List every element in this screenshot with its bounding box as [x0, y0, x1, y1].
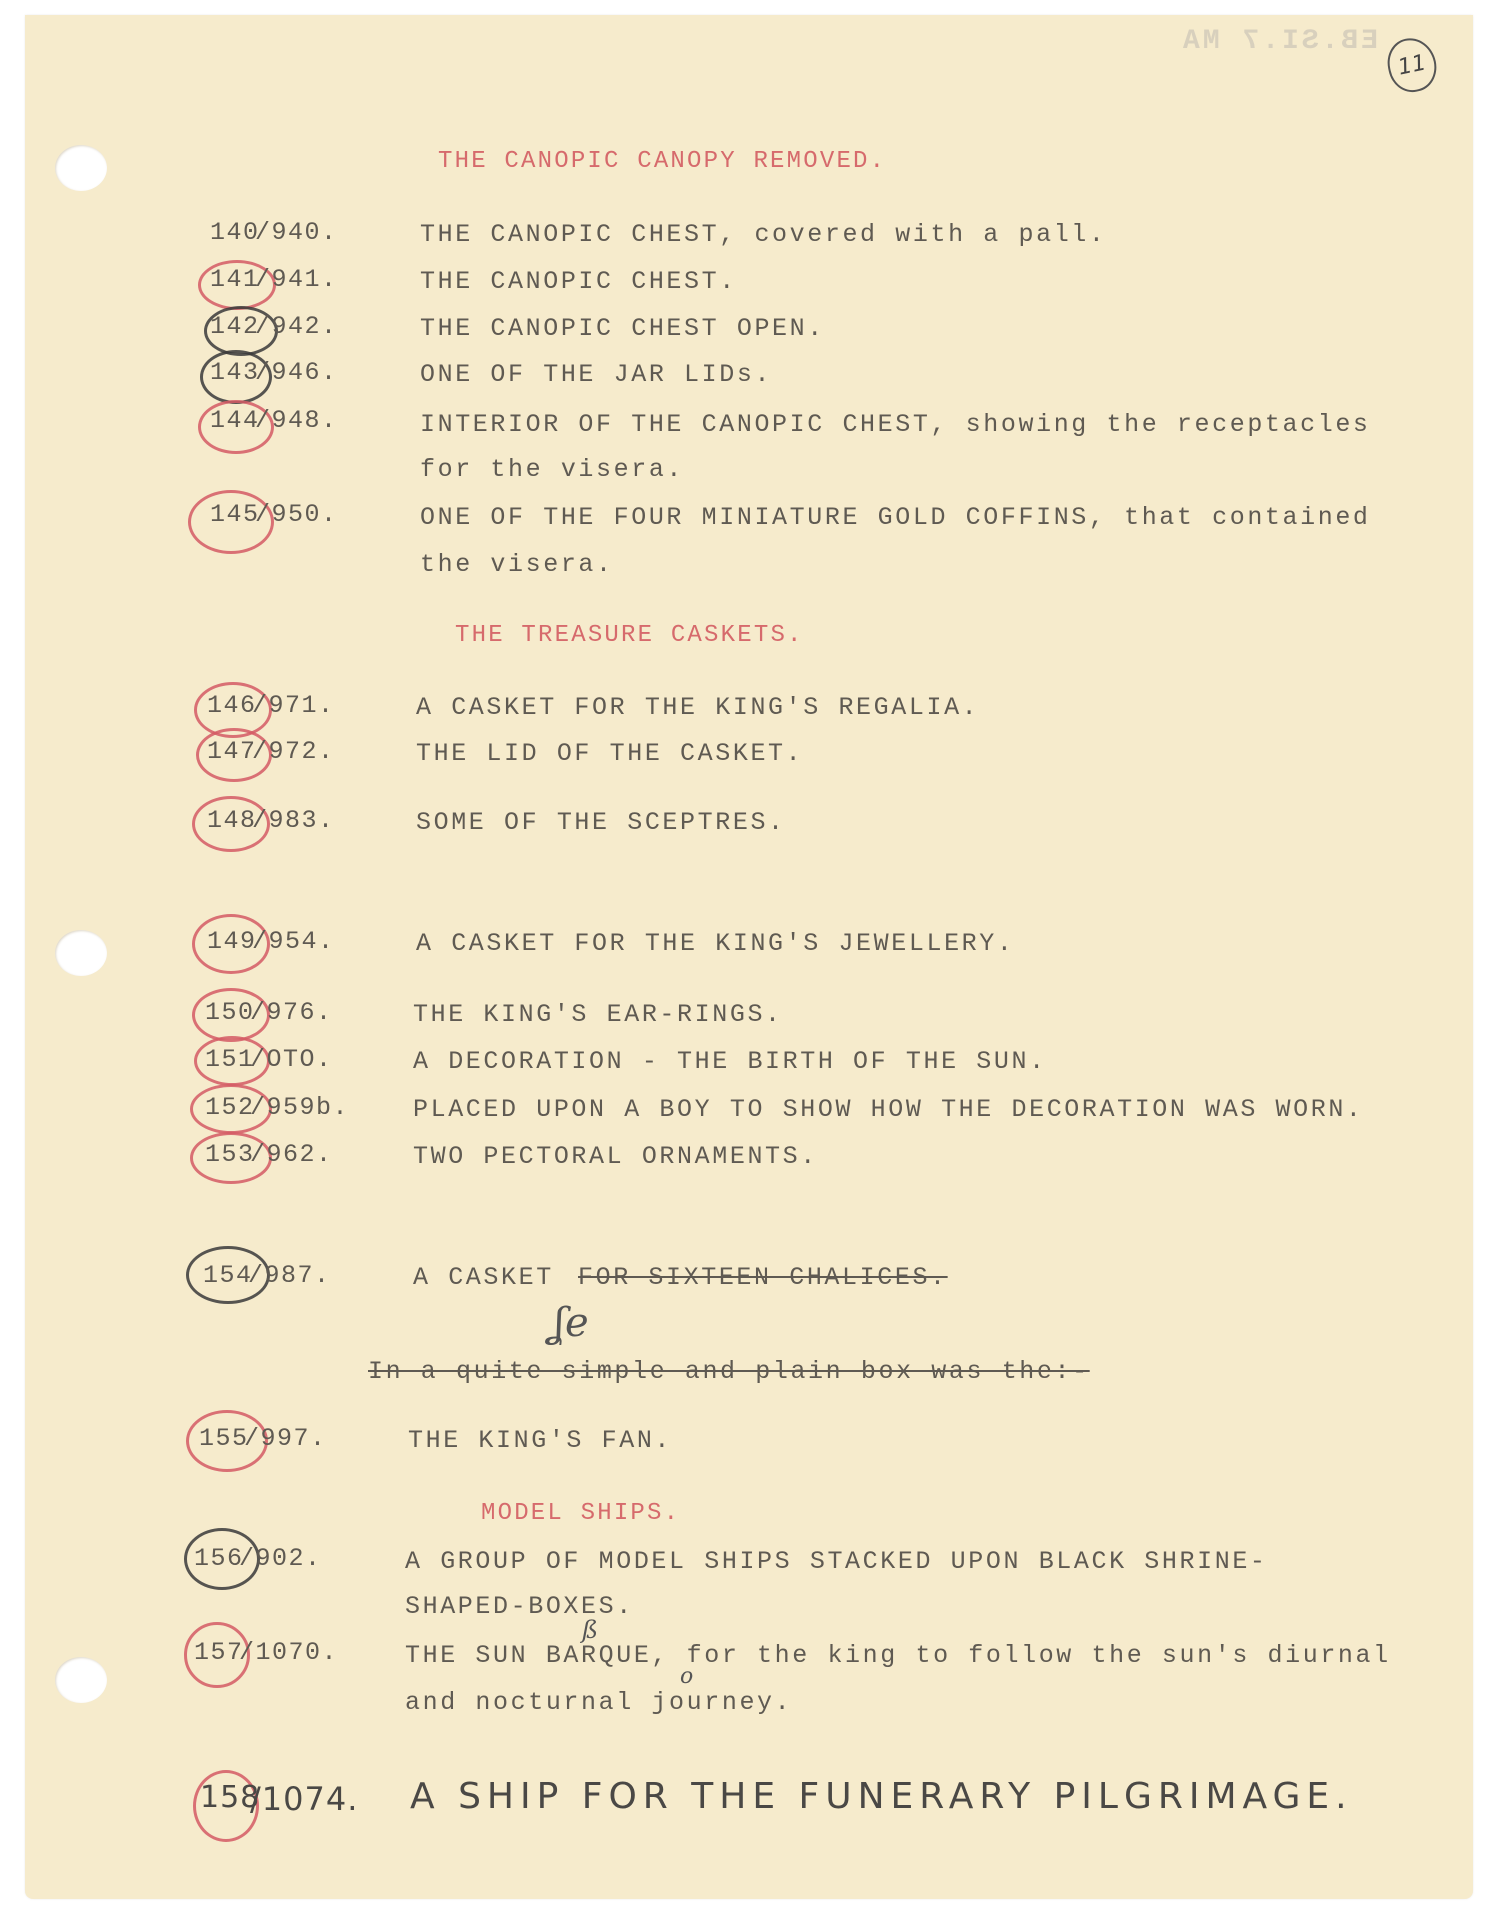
entry-number: 157	[194, 1638, 244, 1667]
entry-ref: /954.	[252, 927, 335, 956]
entry-description: THE CANOPIC CHEST, covered with a pall.	[420, 220, 1107, 249]
entry-number: 156	[194, 1544, 244, 1573]
entry-description: A CASKET FOR THE KING'S JEWELLERY.	[416, 929, 1014, 958]
punch-hole	[55, 1657, 107, 1703]
entry-description: TWO PECTORAL ORNAMENTS.	[413, 1142, 818, 1171]
entry-description: THE CANOPIC CHEST.	[420, 267, 737, 296]
entry-description: THE KING'S FAN.	[408, 1426, 672, 1455]
entry-description: SOME OF THE SCEPTRES.	[416, 808, 786, 837]
entry-number: 140	[210, 218, 260, 247]
struck-through-line: In a quite simple and plain box was the:…	[368, 1357, 1090, 1386]
entry-ref: /971.	[252, 691, 335, 720]
entry-ref: /972.	[252, 737, 335, 766]
entry-number: 155	[199, 1424, 249, 1453]
entry-number: 151	[205, 1045, 255, 1074]
entry-ref: /983.	[252, 806, 335, 835]
entry-number: 142	[210, 312, 260, 341]
struck-through-text: FOR SIXTEEN CHALICES.	[578, 1263, 948, 1292]
bleed-through-stamp: EB.SI.7 MA	[1180, 26, 1378, 57]
entry-number: 146	[207, 691, 257, 720]
deletion-mark-annotation: ʆe	[552, 1300, 589, 1346]
entry-number: 141	[210, 265, 260, 294]
entry-ref: /962.	[250, 1140, 333, 1169]
entry-description-continued: and nocturnal journey.	[405, 1688, 792, 1717]
entry-ref: /1070.	[239, 1638, 338, 1667]
entry-number: 148	[207, 806, 257, 835]
entry-description: A SHIP FOR THE FUNERARY PILGRIMAGE.	[410, 1776, 1353, 1817]
entry-ref: /987.	[248, 1261, 331, 1290]
section-heading-treasure-caskets: THE TREASURE CASKETS.	[455, 622, 804, 649]
entry-number: 152	[205, 1093, 255, 1122]
entry-number: 154	[203, 1261, 253, 1290]
entry-description: A CASKET FOR THE KING'S REGALIA.	[416, 693, 979, 722]
entry-ref: /946.	[255, 358, 338, 387]
entry-description-continued: the visera.	[420, 550, 614, 579]
entry-ref: /959b.	[250, 1093, 349, 1122]
entry-description: ONE OF THE FOUR MINIATURE GOLD COFFINS, …	[420, 503, 1371, 532]
entry-description: THE LID OF THE CASKET.	[416, 739, 803, 768]
entry-ref: /997.	[244, 1424, 327, 1453]
section-heading-model-ships: MODEL SHIPS.	[481, 1500, 680, 1527]
entry-ref: /942.	[255, 312, 338, 341]
entry-number: 153	[205, 1140, 255, 1169]
entry-ref: /941.	[255, 265, 338, 294]
entry-ref: /OTO.	[250, 1045, 333, 1074]
entry-ref: /1074.	[250, 1780, 358, 1818]
entry-description: INTERIOR OF THE CANOPIC CHEST, showing t…	[420, 410, 1371, 439]
entry-ref: /976.	[250, 998, 333, 1027]
entry-number: 145	[210, 500, 260, 529]
entry-description: A DECORATION - THE BIRTH OF THE SUN.	[413, 1047, 1047, 1076]
entry-ref: /948.	[255, 406, 338, 435]
entry-number: 149	[207, 927, 257, 956]
section-heading-canopic: THE CANOPIC CANOPY REMOVED.	[438, 148, 886, 175]
caret-insertion-o: o	[680, 1664, 693, 1689]
entry-description-continued: SHAPED-BOXES.	[405, 1592, 634, 1621]
entry-description: PLACED UPON A BOY TO SHOW HOW THE DECORA…	[413, 1095, 1364, 1124]
entry-ref: /940.	[255, 218, 338, 247]
entry-ref: /950.	[255, 500, 338, 529]
caret-insertion-r: ß	[582, 1616, 598, 1644]
punch-hole	[55, 145, 107, 191]
entry-description: THE KING'S EAR-RINGS.	[413, 1000, 783, 1029]
entry-number: 150	[205, 998, 255, 1027]
punch-hole	[55, 930, 107, 976]
entry-number: 144	[210, 406, 260, 435]
entry-description: A GROUP OF MODEL SHIPS STACKED UPON BLAC…	[405, 1547, 1268, 1576]
entry-number: 143	[210, 358, 260, 387]
entry-description: THE SUN BARQUE, for the king to follow t…	[405, 1641, 1391, 1670]
entry-description-continued: for the visera.	[420, 455, 684, 484]
entry-description: THE CANOPIC CHEST OPEN.	[420, 314, 825, 343]
entry-description: ONE OF THE JAR LIDs.	[420, 360, 772, 389]
entry-description: A CASKET	[413, 1263, 554, 1292]
entry-ref: /902.	[239, 1544, 322, 1573]
entry-number: 147	[207, 737, 257, 766]
